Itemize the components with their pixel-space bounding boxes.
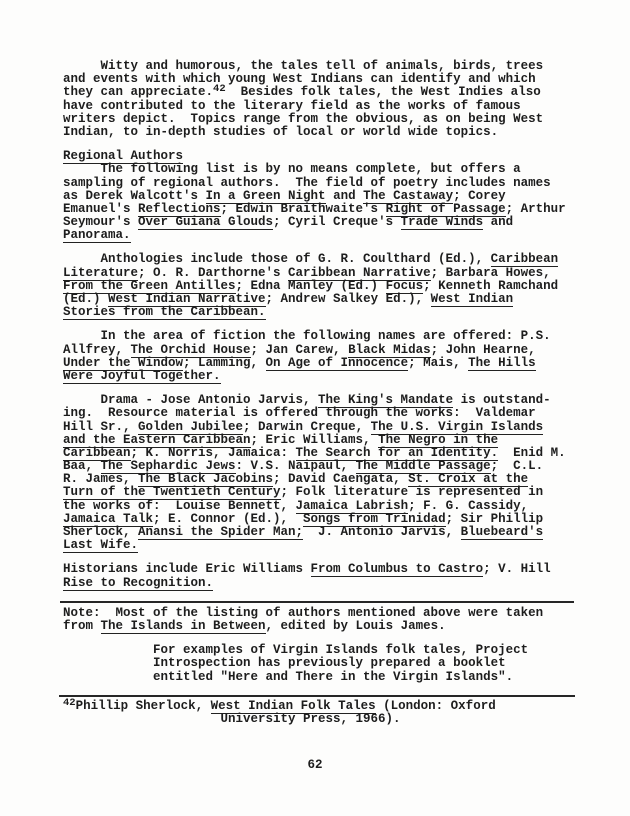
page-number: 62: [0, 758, 630, 772]
underlined-title: On Age of Innocence: [266, 356, 409, 371]
text-segment: and: [326, 189, 364, 203]
text-segment: as Derek Walcott's: [63, 189, 206, 203]
paragraph-fiction: In the area of fiction the following nam…: [63, 330, 572, 383]
text-segment: is outstand-: [453, 393, 551, 407]
text-line: entitled "Here and There in the Virgin I…: [63, 671, 572, 684]
text-segment: (London: Oxford: [376, 699, 496, 713]
text-segment: ; Kenneth Ramchand: [423, 279, 558, 293]
text-segment: J. Antonio Jarvis,: [303, 525, 461, 539]
underlined-title: Were Joyful Together.: [63, 369, 221, 384]
text-segment: the works of: Louise Bennett,: [63, 499, 296, 513]
text-segment: and: [483, 215, 513, 229]
paragraph-drama-and-folk-literature: Drama - Jose Antonio Jarvis, The King's …: [63, 394, 572, 552]
text-segment: Sherlock,: [63, 525, 138, 539]
paragraph-anthologies: Anthologies include those of G. R. Coult…: [63, 253, 572, 319]
text-segment: Drama - Jose Antonio Jarvis,: [63, 393, 318, 407]
note-divider-rule: [60, 601, 574, 603]
underlined-title: The Hills: [468, 356, 536, 371]
paragraph-note: Note: Most of the listing of authors men…: [63, 607, 572, 633]
text-segment: Witty and humorous, the tales tell of an…: [63, 59, 543, 73]
text-line: Were Joyful Together.: [63, 370, 572, 383]
text-segment: ; Andrew Salkey Ed.),: [266, 292, 431, 306]
text-line: Indian, to in-depth studies of local or …: [63, 126, 572, 139]
underlined-title: Stories from the Caribbean.: [63, 305, 266, 320]
text-segment: (Ed.): [63, 292, 108, 306]
text-line: Allfrey, The Orchid House; Jan Carew, Bl…: [63, 344, 572, 357]
text-line: Seymour's Over Guiana Glouds; Cyril Creq…: [63, 216, 572, 229]
text-line: Panorama.: [63, 229, 572, 242]
text-segment: Phillip Sherlock,: [76, 699, 211, 713]
text-segment: ; K. Norris, Jamaica:: [131, 446, 296, 460]
text-segment: ; Mais,: [408, 356, 468, 370]
footnote-marker: 42: [63, 697, 76, 709]
text-segment: In the area of fiction the following nam…: [63, 329, 551, 343]
text-segment: ing. Resource material is offered throug…: [63, 406, 536, 420]
text-segment: ; C.L.: [491, 459, 544, 473]
text-line: University Press, 1966).: [63, 713, 572, 726]
text-segment: ; Edna Manley (Ed.): [236, 279, 386, 293]
text-segment: ; V. Hill: [483, 562, 551, 576]
underlined-title: Last Wife.: [63, 538, 138, 553]
text-segment: Seymour's: [63, 215, 138, 229]
text-segment: ; Darwin Creque,: [243, 420, 371, 434]
underlined-title: Bluebeard's: [461, 525, 544, 540]
text-segment: For examples of Virgin Islands folk tale…: [63, 643, 528, 657]
underlined-title: West Indian: [431, 292, 514, 307]
paragraph-footnote-42: 42Phillip Sherlock, West Indian Folk Tal…: [63, 700, 572, 726]
text-segment: Indian, to in-depth studies of local or …: [63, 125, 498, 139]
text-segment: Allfrey,: [63, 343, 131, 357]
text-segment: ; John Hearne,: [431, 343, 536, 357]
text-segment: ; Corey: [453, 189, 506, 203]
text-segment: they can appreciate.: [63, 85, 213, 99]
paragraph-historians: Historians include Eric Williams From Co…: [63, 563, 572, 589]
document-page: Witty and humorous, the tales tell of an…: [0, 0, 630, 816]
text-segment: Baa,: [63, 459, 101, 473]
text-segment: from: [63, 619, 101, 633]
paragraph-folk-tales-intro: Witty and humorous, the tales tell of an…: [63, 60, 572, 139]
underlined-title: Panorama.: [63, 228, 131, 243]
text-segment: R. James,: [63, 472, 138, 486]
text-segment: Introspection has previously prepared a …: [63, 656, 506, 670]
text-segment: entitled "Here and There in the Virgin I…: [63, 670, 513, 684]
text-segment: ; F. G. Cassidy,: [408, 499, 528, 513]
text-segment: ; Barbara Howes,: [431, 266, 551, 280]
text-segment: University Press, 1966).: [63, 712, 401, 726]
text-segment: ; Arthur: [506, 202, 566, 216]
text-segment: ; O. R. Darthorne's: [138, 266, 288, 280]
text-segment: Historians include Eric Williams: [63, 562, 311, 576]
text-segment: Note: Most of the listing of authors men…: [63, 606, 543, 620]
text-segment: ; Sir Phillip: [446, 512, 544, 526]
footnote-marker: 42: [213, 83, 226, 95]
text-segment: ; Cyril Creque's: [273, 215, 401, 229]
text-segment: ; Folk literature is represented in: [281, 485, 544, 499]
text-segment: ; Edwin Braithwaite's: [221, 202, 386, 216]
underlined-title: Rise to Recognition.: [63, 576, 213, 591]
paragraph-poetry: The following list is by no means comple…: [63, 163, 572, 242]
text-segment: The following list is by no means comple…: [63, 162, 521, 176]
text-segment: sampling of regional authors. The field …: [63, 176, 551, 190]
text-line: from The Islands in Between, edited by L…: [63, 620, 572, 633]
underlined-title: From Columbus to Castro: [311, 562, 484, 577]
text-segment: Besides folk tales, the West Indies also: [226, 85, 541, 99]
underlined-title: The Islands in Between: [101, 619, 266, 634]
document-content: Witty and humorous, the tales tell of an…: [63, 60, 572, 726]
text-line: Stories from the Caribbean.: [63, 306, 572, 319]
text-line: Last Wife.: [63, 539, 572, 552]
text-segment: ; David Caengata,: [273, 472, 408, 486]
text-segment: have contributed to the literary field a…: [63, 99, 521, 113]
text-segment: : V.S. Naipaul,: [236, 459, 356, 473]
text-segment: , edited by Louis James.: [266, 619, 446, 633]
text-segment: Hill Sr.,: [63, 420, 138, 434]
underlined-title: Anansi the Spider Man;: [138, 525, 303, 540]
text-segment: writers depict. Topics range from the ob…: [63, 112, 543, 126]
text-segment: Anthologies include those of G. R. Coult…: [63, 252, 491, 266]
paragraph-project-introspection: For examples of Virgin Islands folk tale…: [63, 644, 572, 684]
footnote-divider-rule: [59, 695, 575, 697]
text-line: Under the Window; Lamming, On Age of Inn…: [63, 357, 572, 370]
text-segment: Enid M.: [498, 446, 566, 460]
underlined-title: Trade Winds: [401, 215, 484, 230]
text-line: Rise to Recognition.: [63, 577, 572, 590]
text-segment: ; Jan Carew,: [251, 343, 349, 357]
text-segment: ; Lamming,: [183, 356, 266, 370]
underlined-title: Over Guiana Glouds: [138, 215, 273, 230]
text-segment: ; E. Connor (Ed.),: [153, 512, 303, 526]
text-segment: ; Eric Williams,: [251, 433, 379, 447]
text-segment: and events with which young West Indians…: [63, 72, 536, 86]
text-line: Historians include Eric Williams From Co…: [63, 563, 572, 576]
text-segment: Emanuel's: [63, 202, 138, 216]
text-line: Sherlock, Anansi the Spider Man; J. Anto…: [63, 526, 572, 539]
